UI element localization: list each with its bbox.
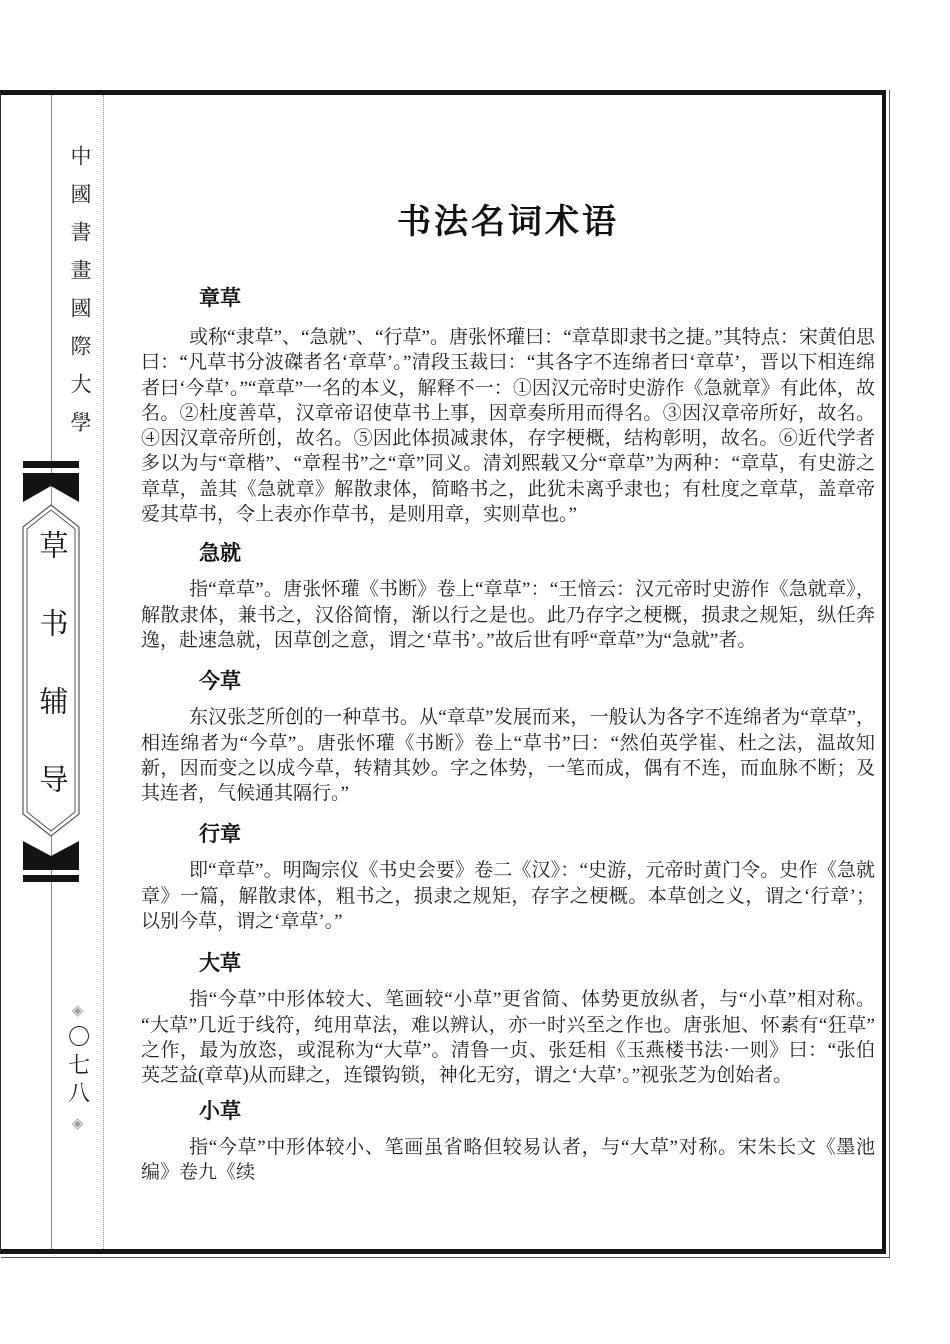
banner-label-wrap: 草书辅导 — [22, 530, 80, 842]
section-xiaocao: 小草 指“今草”中形体较小、笔画虽省略但较易认者，与“大草”对称。宋朱长文《墨池… — [141, 1098, 875, 1186]
section-body: 指“章草”。唐张怀瓘《书断》卷上“章草”：“王愔云：汉元帝时史游作《急就章》，解… — [141, 577, 875, 653]
main-text-block: 书法名词术语 章草 或称“隶草”、“急就”、“行草”。唐张怀瓘曰：“章草即隶书之… — [141, 95, 875, 1185]
page-frame: 中國書畫國際大學 草书辅导 ◈ 〇七八 ◈ 书法名词术语 章草 或称 — [0, 90, 886, 1254]
page-title: 书法名词术语 — [141, 203, 875, 243]
section-heading: 行章 — [199, 821, 875, 849]
section-heading: 急就 — [199, 540, 875, 568]
section-heading: 今草 — [199, 668, 875, 696]
section-body: 东汉张芝所创的一种草书。从“章草”发展而来，一般认为各字不连绵者为“章草”，相连… — [141, 705, 875, 806]
book-page: 中國書畫國際大學 草书辅导 ◈ 〇七八 ◈ 书法名词术语 章草 或称 — [0, 0, 950, 1344]
folio-column: ◈ 〇七八 ◈ — [51, 1003, 104, 1131]
section-xingzhang: 行章 即“章草”。明陶宗仪《书史会要》卷二《汉》：“史游，元帝时黄门令。史作《急… — [141, 821, 875, 934]
section-body: 指“今草”中形体较大、笔画较“小草”更省简、体势更放纵者，与“小草”相对称。“大… — [141, 987, 875, 1088]
page-number: 〇七八 — [65, 1025, 89, 1109]
section-heading: 小草 — [199, 1098, 875, 1126]
diamond-ornament-icon: ◈ — [72, 1003, 84, 1018]
section-dacao: 大草 指“今草”中形体较大、笔画较“小草”更省简、体势更放纵者，与“小草”相对称… — [141, 950, 875, 1088]
section-body: 指“今草”中形体较小、笔画虽省略但较易认者，与“大草”对称。宋朱长文《墨池编》卷… — [141, 1135, 875, 1186]
diamond-ornament-icon: ◈ — [72, 1116, 84, 1131]
section-heading: 大草 — [199, 950, 875, 978]
institution-vertical-title: 中國書畫國際大學 — [65, 145, 95, 449]
section-jincao: 今草 东汉张芝所创的一种草书。从“章草”发展而来，一般认为各字不连绵者为“章草”… — [141, 668, 875, 806]
series-banner: 草书辅导 — [22, 461, 80, 882]
section-body: 即“章草”。明陶宗仪《书史会要》卷二《汉》：“史游，元帝时黄门令。史作《急就章》… — [141, 858, 875, 934]
banner-title: 草书辅导 — [37, 530, 66, 842]
section-heading: 章草 — [199, 285, 875, 313]
section-body: 或称“隶草”、“急就”、“行草”。唐张怀瓘曰：“章草即隶书之捷。”其特点：宋黄伯… — [141, 325, 875, 527]
section-zhangcao: 章草 或称“隶草”、“急就”、“行草”。唐张怀瓘曰：“章草即隶书之捷。”其特点：… — [141, 285, 875, 527]
section-jijiu: 急就 指“章草”。唐张怀瓘《书断》卷上“章草”：“王愔云：汉元帝时史游作《急就章… — [141, 540, 875, 653]
